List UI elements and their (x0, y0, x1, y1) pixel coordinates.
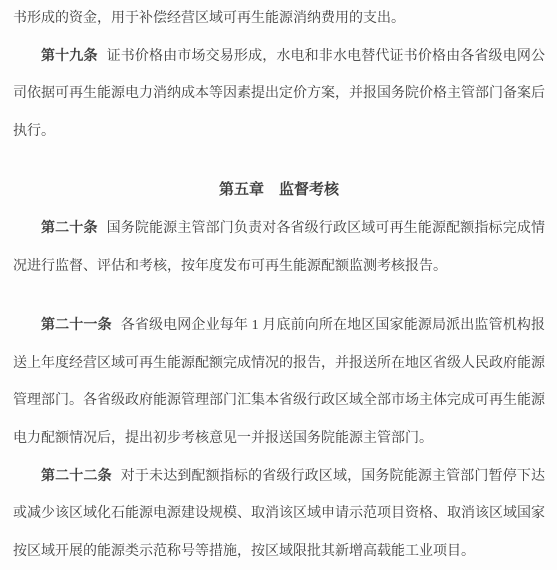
paragraph-article-19: 第十九条证书价格由市场交易形成，水电和非水电替代证书价格由各省级电网公司依据可再… (13, 38, 545, 151)
paragraph-article-20: 第二十条国务院能源主管部门负责对各省级行政区域可再生能源配额指标完成情况进行监督… (13, 210, 545, 285)
document-page: 书形成的资金，用于补偿经营区域可再生能源消纳费用的支出。 第十九条证书价格由市场… (0, 0, 557, 570)
paragraph-article-22: 第二十二条对于未达到配额指标的省级行政区域，国务院能源主管部门暂停下达或减少该区… (13, 458, 545, 570)
article-21-text: 各省级电网企业每年 1 月底前向所在地区国家能源局派出监管机构报送上年度经营区域… (13, 318, 545, 446)
article-20-label: 第二十条 (41, 221, 98, 236)
article-22-label: 第二十二条 (41, 469, 112, 484)
article-21-label: 第二十一条 (41, 318, 112, 333)
chapter-5-heading: 第五章 监督考核 (13, 172, 545, 210)
paragraph-continuation: 书形成的资金，用于补偿经营区域可再生能源消纳费用的支出。 (13, 0, 545, 38)
article-19-label: 第十九条 (41, 49, 98, 64)
paragraph-article-21: 第二十一条各省级电网企业每年 1 月底前向所在地区国家能源局派出监管机构报送上年… (13, 307, 545, 457)
